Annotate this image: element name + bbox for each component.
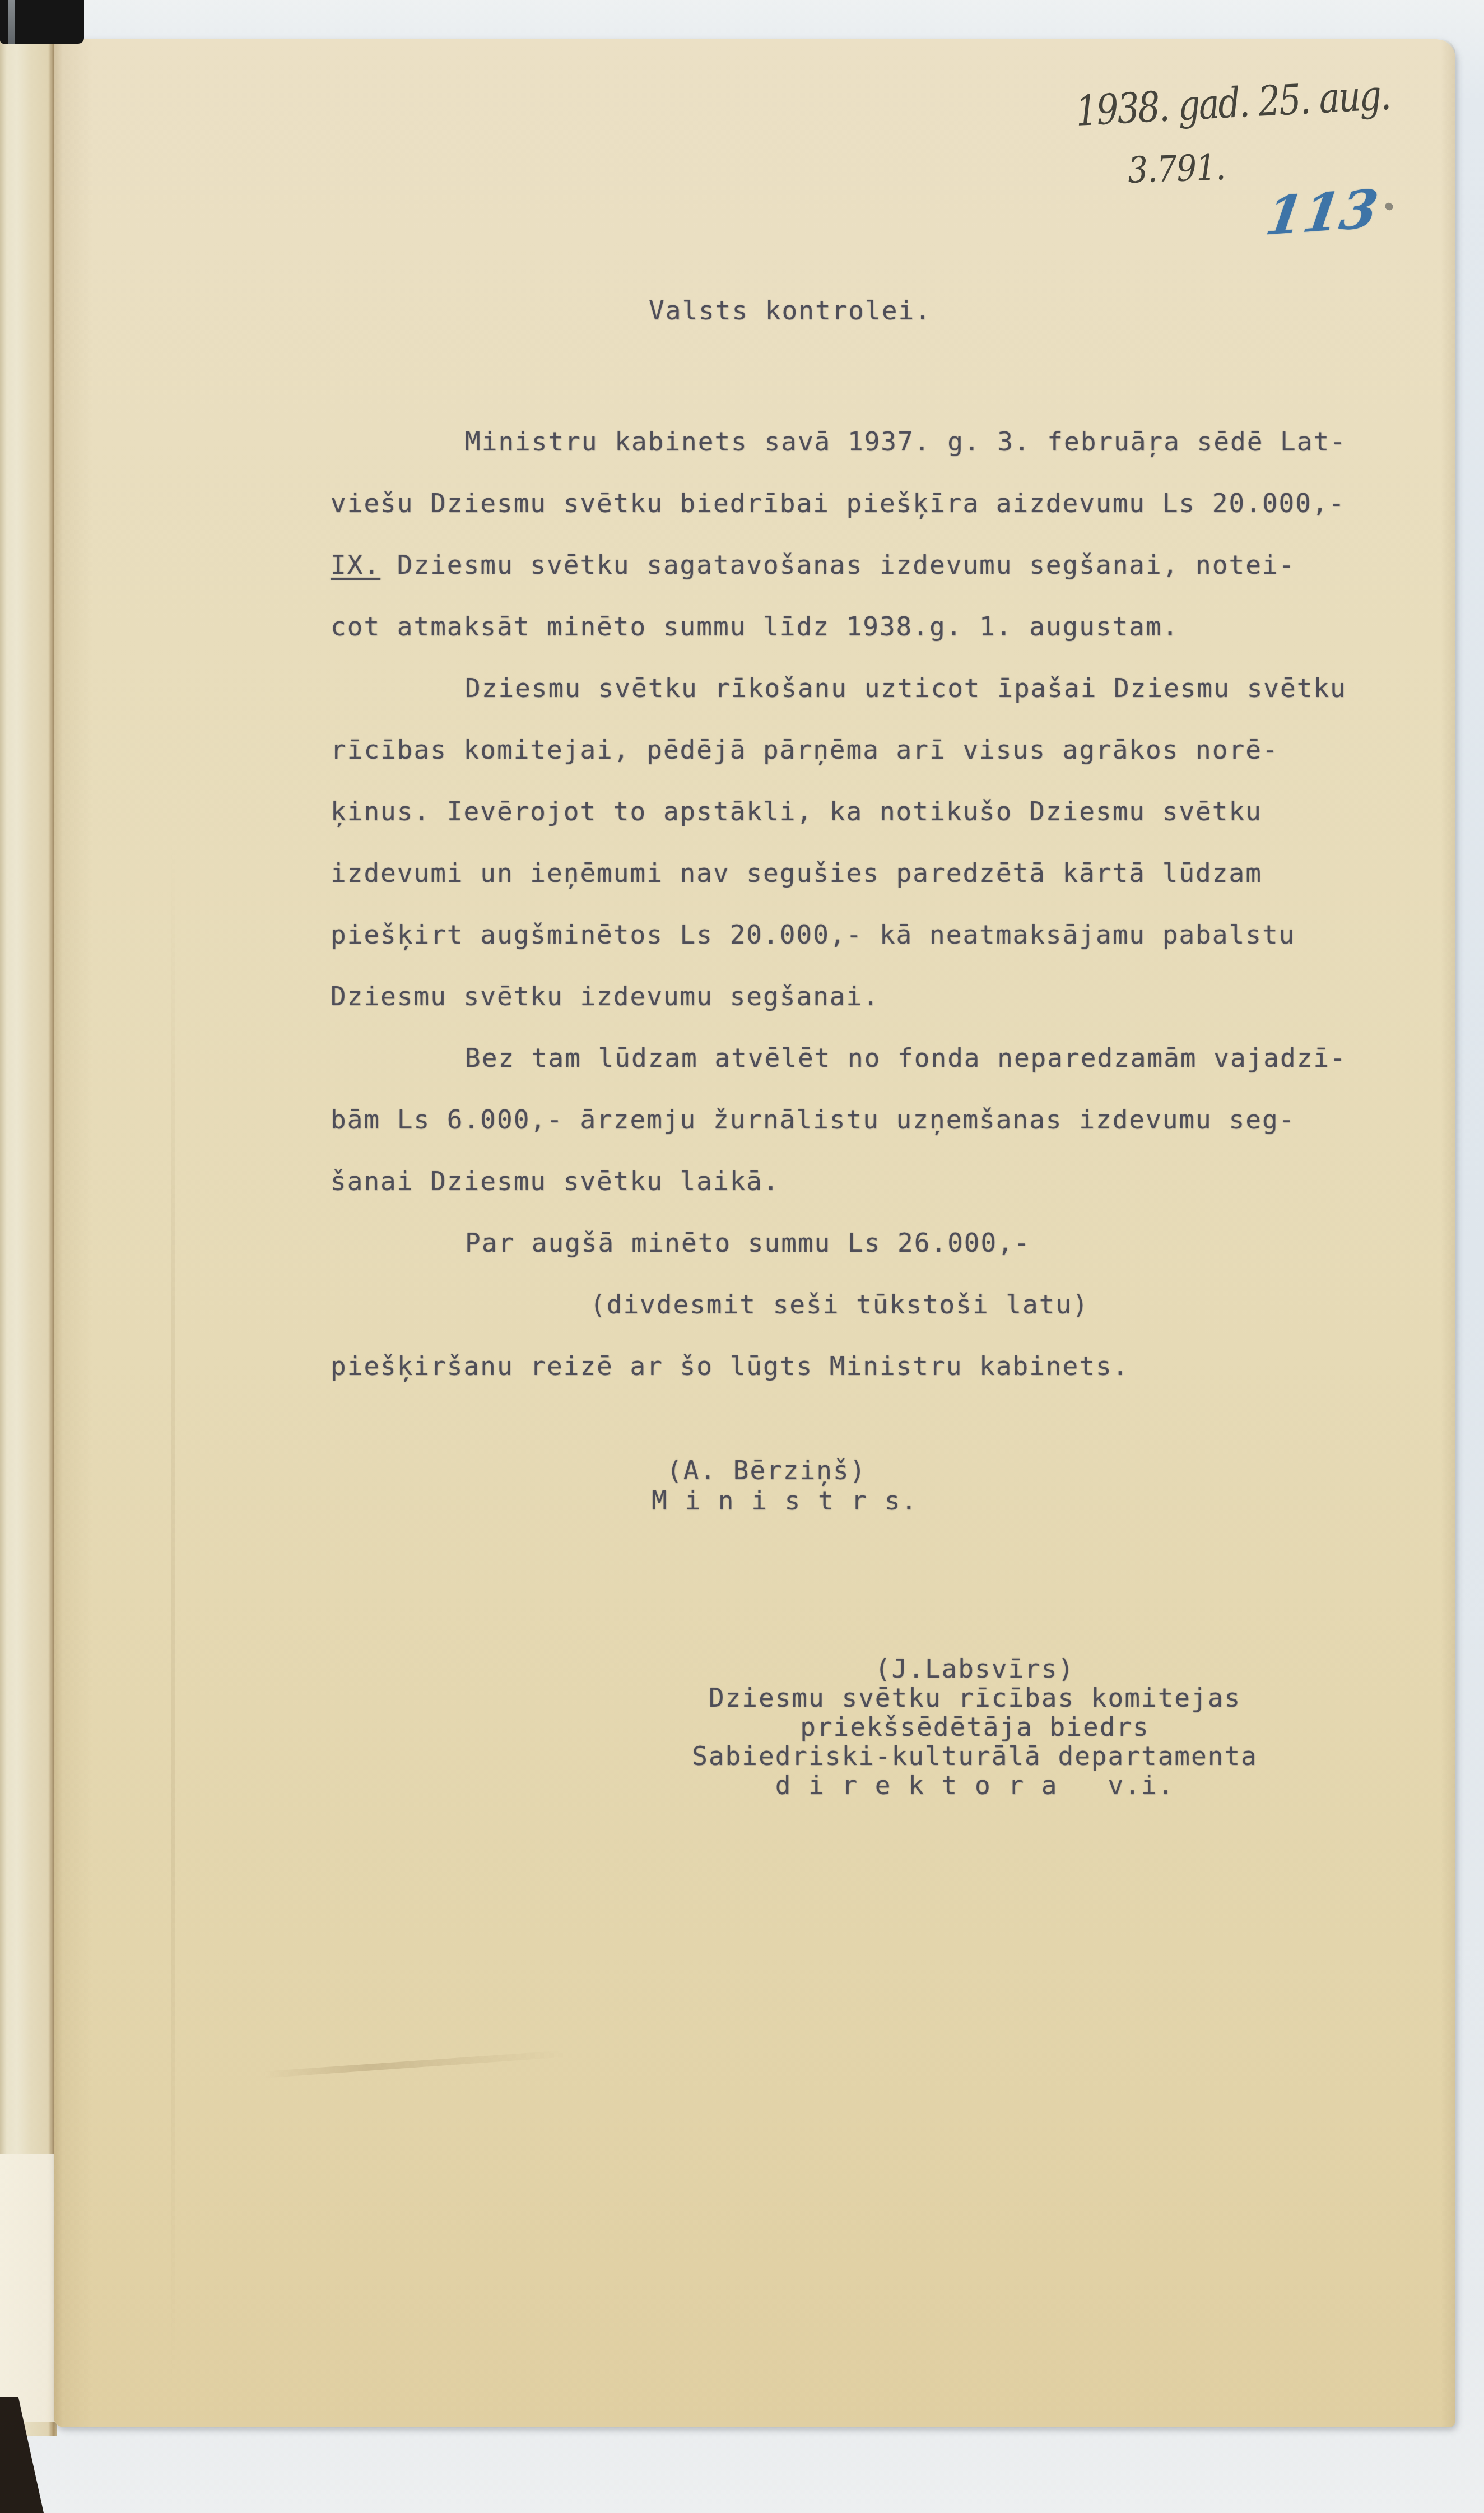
- body-line: bām Ls 6.000,- ārzemju žurnālistu uzņemš…: [331, 1105, 1295, 1134]
- recipient-heading: Valsts kontrolei.: [649, 296, 932, 325]
- body-line: izdevumi un ieņēmumi nav segušies paredz…: [331, 858, 1262, 888]
- vertical-crease: [171, 840, 175, 2387]
- body-line: piešķiršanu reizē ar šo lūgts Ministru k…: [331, 1351, 1129, 1381]
- body-line: viešu Dziesmu svētku biedrībai piešķīra …: [331, 489, 1345, 518]
- body-line: rīcības komitejai, pēdējā pārņēma arī vi…: [331, 735, 1279, 764]
- binding-clip-highlight: [8, 0, 15, 44]
- underlying-page-edges: [0, 32, 57, 2436]
- committee-role-line: Sabiedriski-kulturālā departamenta: [675, 1741, 1274, 1771]
- festival-numeral: IX.: [331, 550, 380, 580]
- handwritten-ref-number: 3.791.: [1127, 147, 1226, 192]
- body-line: Dziesmu svētku izdevumu segšanai.: [331, 982, 880, 1011]
- minister-signature-name: (A. Bērziņš): [667, 1456, 866, 1485]
- scanned-letter-page: { "scan": { "annotations": { "handwritte…: [0, 0, 1484, 2513]
- committee-signature-block: (J.Labsvīrs) Dziesmu svētku rīcības komi…: [675, 1654, 1274, 1800]
- committee-role-line: d i r e k t o r a v.i.: [675, 1771, 1274, 1800]
- body-line: Par augšā minēto summu Ls 26.000,-: [465, 1228, 1031, 1257]
- body-line: Bez tam lūdzam atvēlēt no fonda neparedz…: [465, 1043, 1347, 1072]
- blue-page-number: 113: [1262, 178, 1381, 247]
- committee-signature-name: (J.Labsvīrs): [675, 1654, 1274, 1683]
- body-line: piešķirt augšminētos Ls 20.000,- kā neat…: [331, 920, 1295, 949]
- binding-clip-bar: [0, 0, 84, 44]
- body-line: (divdesmit seši tūkstoši latu): [590, 1290, 1089, 1319]
- minister-signature-title: M i n i s t r s.: [652, 1486, 918, 1515]
- committee-role-line: priekšsēdētāja biedrs: [675, 1712, 1274, 1741]
- body-line-rest: Dziesmu svētku sagatavošanas izdevumu se…: [380, 550, 1295, 580]
- body-line: IX. Dziesmu svētku sagatavošanas izdevum…: [331, 550, 1295, 579]
- committee-role-line: Dziesmu svētku rīcības komitejas: [675, 1683, 1274, 1712]
- body-line: cot atmaksāt minēto summu līdz 1938.g. 1…: [331, 612, 1179, 641]
- body-line: ķinus. Ievērojot to apstākli, ka notikuš…: [331, 797, 1262, 826]
- body-line: šanai Dziesmu svētku laikā.: [331, 1167, 780, 1196]
- body-line: Ministru kabinets savā 1937. g. 3. febru…: [465, 427, 1347, 456]
- body-line: Dziesmu svētku rīkošanu uzticot īpašai D…: [465, 673, 1347, 703]
